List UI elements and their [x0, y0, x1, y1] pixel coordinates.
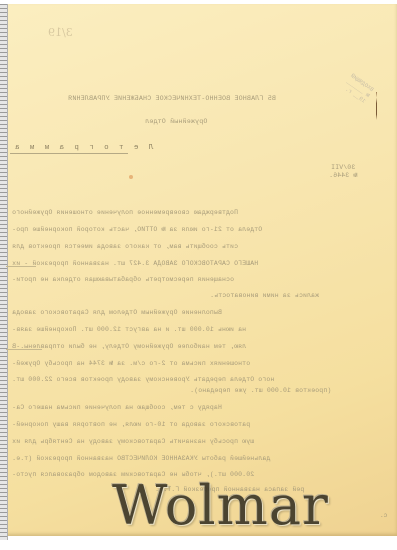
paragraph-1-line-4: НАШЕГО САРАТОВСКОГО ЗАВОДА 3.427 шт. наз… — [12, 260, 258, 267]
document-title: Л е т о г р а м м а — [12, 144, 153, 152]
paragraph-1-line-5: оснащения пересмотреть обрабатывающая от… — [12, 276, 234, 283]
title-underline — [10, 153, 128, 154]
margin-rule — [6, 349, 42, 350]
paragraph-2-line-1: Выполнение Оружейным Отделом для Саратов… — [12, 309, 222, 316]
reference-date: 30/VII — [331, 164, 355, 171]
ink-mark — [376, 92, 377, 120]
footer-mark: с. — [380, 512, 387, 519]
paragraph-3-line-4: дальнейшей работы УКАЗАННОЕ КОЛИЧЕСТВО н… — [12, 455, 270, 462]
handwritten-number: 3/19 — [48, 26, 73, 39]
document-page: 3/19 В5 ГЛАВНОЕ ВОЕННО-ТЕХНИЧЕСКОЕ СНАБЖ… — [0, 4, 397, 536]
paragraph-2-line-2: на июнь 10.000 шт. и на август 12.000 шт… — [12, 326, 246, 333]
stain — [129, 175, 133, 179]
paragraph-3-line-1: Наряду с тем, сообщаю на получение письм… — [12, 404, 222, 411]
paragraph-2-line-4: отношениях письма от 2-го с/м. за № 3744… — [12, 360, 250, 367]
paragraph-1-line-2: Отдела от 21-го июля за № ОТТИО, часть к… — [12, 226, 262, 233]
paragraph-1-line-6: жались за ними виноватость. — [210, 292, 319, 299]
margin-rule — [6, 266, 36, 267]
header-line-1: В5 ГЛАВНОЕ ВОЕННО-ТЕХНИЧЕСКОЕ СНАБЖЕНИЕ … — [68, 95, 276, 102]
paragraph-1-line-3: сить сообщить вам, от какого завода имее… — [12, 243, 238, 250]
paragraph-3-line-2: ратовского завода от 10-го июля, не повт… — [12, 421, 250, 428]
paragraph-1-line-1: Подтверждаю своевременное получение отно… — [12, 209, 238, 216]
paragraph-2-line-6: (проектов 10.000 шт. уже передано). — [190, 387, 331, 394]
paragraph-2-line-3: ляю, тем наиболее Оружейному Отделу, не … — [12, 343, 246, 350]
scale-ruler — [0, 4, 8, 540]
received-stamp: ВХОДЯЩИЙ № ______ 19__ г. — [275, 41, 375, 136]
paragraph-2-line-5: ного Отдела передать Уровенскому заводу … — [12, 376, 274, 383]
paragraph-3-line-3: шую просьбу назначить Саратовскому завод… — [12, 438, 254, 445]
watermark-logo: Wolmar — [112, 474, 329, 537]
reference-number: № 3446. — [329, 172, 357, 179]
header-line-2: Оружейный Отдел — [145, 118, 207, 125]
